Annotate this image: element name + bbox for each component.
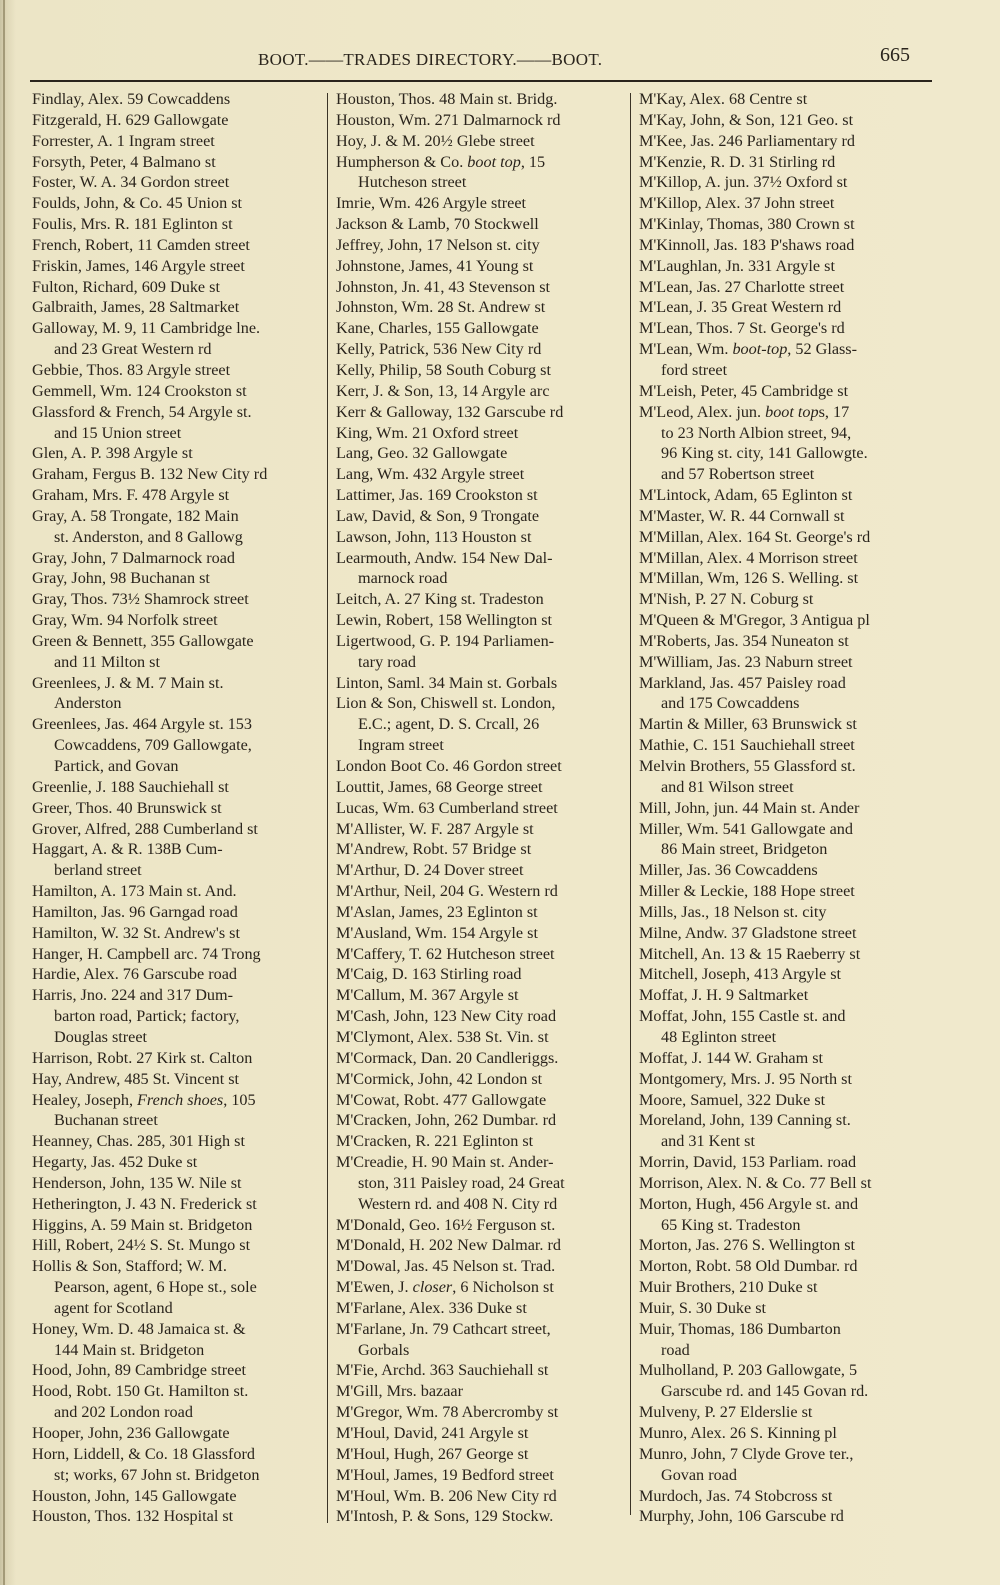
entry-name-line: Foulis, Mrs. R. 181 Eglinton st	[32, 215, 233, 233]
directory-entry: M'Cracken, R. 221 Eglinton st	[336, 1131, 626, 1152]
directory-entry: Mulholland, P. 203 Gallowgate, 5Garscube…	[639, 1360, 929, 1402]
entry-name-line: Gray, Wm. 94 Norfolk street	[32, 611, 218, 629]
entry-name-line: M'Gregor, Wm. 78 Abercromby st	[336, 1403, 558, 1421]
entry-continuation-line: and 57 Robertson street	[639, 464, 929, 485]
directory-entry: Mulveny, P. 27 Elderslie st	[639, 1402, 929, 1423]
directory-entry: M'William, Jas. 23 Naburn street	[639, 652, 929, 673]
entry-name-line: Heanney, Chas. 285, 301 High st	[32, 1132, 245, 1150]
directory-entry: French, Robert, 11 Camden street	[32, 235, 322, 256]
directory-entry: Mitchell, Joseph, 413 Argyle st	[639, 964, 929, 985]
entry-name-line: M'Donald, H. 202 New Dalmar. rd	[336, 1236, 561, 1254]
column-divider	[327, 93, 328, 1523]
directory-entry: Moffat, John, 155 Castle st. and48 Eglin…	[639, 1006, 929, 1048]
directory-entry: Galbraith, James, 28 Saltmarket	[32, 297, 322, 318]
entry-name-line: Kelly, Philip, 58 South Coburg st	[336, 361, 551, 379]
directory-entry: M'Houl, Hugh, 267 George st	[336, 1444, 626, 1465]
entry-name-line: French, Robert, 11 Camden street	[32, 236, 250, 254]
directory-entry: Moffat, J. H. 9 Saltmarket	[639, 985, 929, 1006]
entry-name-line: M'Dowal, Jas. 45 Nelson st. Trad.	[336, 1257, 555, 1275]
entry-name-line: M'Leod, Alex. jun. boot tops, 17	[639, 403, 849, 421]
directory-entry: M'Caig, D. 163 Stirling road	[336, 964, 626, 985]
entry-continuation-line: Cowcaddens, 709 Gallowgate,	[32, 735, 322, 756]
entry-continuation-line: Partick, and Govan	[32, 756, 322, 777]
entry-name-line: Hood, John, 89 Cambridge street	[32, 1361, 246, 1379]
entry-name-line: Muir Brothers, 210 Duke st	[639, 1278, 818, 1296]
directory-entry: Kelly, Patrick, 536 New City rd	[336, 339, 626, 360]
directory-entry: Learmouth, Andw. 154 New Dal-marnock roa…	[336, 548, 626, 590]
directory-entry: M'Kee, Jas. 246 Parliamentary rd	[639, 131, 929, 152]
entry-name-line: M'Kay, Alex. 68 Centre st	[639, 90, 807, 108]
directory-entry: M'Intosh, P. & Sons, 129 Stockw.	[336, 1506, 626, 1527]
entry-continuation-line: Ingram street	[336, 735, 626, 756]
entry-name-line: Johnston, Jn. 41, 43 Stevenson st	[336, 278, 550, 296]
directory-entry: Muir Brothers, 210 Duke st	[639, 1277, 929, 1298]
directory-entry: Gray, Thos. 73½ Shamrock street	[32, 589, 322, 610]
directory-entry: Hoy, J. & M. 20½ Glebe street	[336, 131, 626, 152]
entry-name-line: M'Kay, John, & Son, 121 Geo. st	[639, 111, 853, 129]
directory-entry: Foster, W. A. 34 Gordon street	[32, 172, 322, 193]
directory-entry: M'Millan, Wm, 126 S. Welling. st	[639, 568, 929, 589]
entry-continuation-line: marnock road	[336, 568, 626, 589]
directory-entry: Johnston, Wm. 28 St. Andrew st	[336, 297, 626, 318]
entry-name-line: M'Ewen, J. closer, 6 Nicholson st	[336, 1278, 554, 1296]
directory-entry: M'Donald, Geo. 16½ Ferguson st.	[336, 1215, 626, 1236]
entry-continuation-line: Govan road	[639, 1465, 929, 1486]
directory-entry: Hood, Robt. 150 Gt. Hamilton st.and 202 …	[32, 1381, 322, 1423]
directory-page: BOOT.——TRADES DIRECTORY.——BOOT. 665 Find…	[0, 0, 1000, 1585]
entry-name-line: Friskin, James, 146 Argyle street	[32, 257, 245, 275]
directory-entry: Green & Bennett, 355 Gallowgateand 11 Mi…	[32, 631, 322, 673]
directory-entry: M'Laughlan, Jn. 331 Argyle st	[639, 256, 929, 277]
directory-entry: Lattimer, Jas. 169 Crookston st	[336, 485, 626, 506]
entry-name-line: Hanger, H. Campbell arc. 74 Trong	[32, 945, 261, 963]
directory-entry: Foulis, Mrs. R. 181 Eglinton st	[32, 214, 322, 235]
directory-entry: Mills, Jas., 18 Nelson st. city	[639, 902, 929, 923]
entry-name-line: M'Laughlan, Jn. 331 Argyle st	[639, 257, 835, 275]
entry-name-line: Munro, John, 7 Clyde Grove ter.,	[639, 1445, 853, 1463]
entry-name-line: Gebbie, Thos. 83 Argyle street	[32, 361, 230, 379]
entry-continuation-line: barton road, Partick; factory,	[32, 1006, 322, 1027]
entry-name-line: Mills, Jas., 18 Nelson st. city	[639, 903, 827, 921]
directory-entry: Lion & Son, Chiswell st. London,E.C.; ag…	[336, 693, 626, 756]
entry-name-line: Law, David, & Son, 9 Trongate	[336, 507, 539, 525]
directory-entry: Graham, Fergus B. 132 New City rd	[32, 464, 322, 485]
directory-entry: Leitch, A. 27 King st. Tradeston	[336, 589, 626, 610]
directory-entry: Imrie, Wm. 426 Argyle street	[336, 193, 626, 214]
directory-entry: Johnston, Jn. 41, 43 Stevenson st	[336, 277, 626, 298]
directory-entry: Greenlees, Jas. 464 Argyle st. 153Cowcad…	[32, 714, 322, 777]
entry-continuation-line: ston, 311 Paisley road, 24 Great	[336, 1173, 626, 1194]
entry-name-line: Hood, Robt. 150 Gt. Hamilton st.	[32, 1382, 248, 1400]
directory-entry: Henderson, John, 135 W. Nile st	[32, 1173, 322, 1194]
directory-entry: Hamilton, W. 32 St. Andrew's st	[32, 923, 322, 944]
entry-name-line: Morrin, David, 153 Parliam. road	[639, 1153, 856, 1171]
entry-continuation-line: Hutcheson street	[336, 172, 626, 193]
entry-name-line: M'Lean, Thos. 7 St. George's rd	[639, 319, 845, 337]
directory-entry: Horn, Liddell, & Co. 18 Glassfordst; wor…	[32, 1444, 322, 1486]
entry-name-line: Harrison, Robt. 27 Kirk st. Calton	[32, 1049, 252, 1067]
entry-name-line: Gray, Thos. 73½ Shamrock street	[32, 590, 249, 608]
entry-name-line: M'Houl, James, 19 Bedford street	[336, 1466, 554, 1484]
entry-name-line: Mulveny, P. 27 Elderslie st	[639, 1403, 812, 1421]
entry-name-line: Kane, Charles, 155 Gallowgate	[336, 319, 539, 337]
directory-entry: Hay, Andrew, 485 St. Vincent st	[32, 1069, 322, 1090]
trade-description: boot-top	[732, 340, 787, 358]
entry-name-line: Honey, Wm. D. 48 Jamaica st. &	[32, 1320, 246, 1338]
directory-entry: Morton, Hugh, 456 Argyle st. and65 King …	[639, 1194, 929, 1236]
entry-name-line: Galbraith, James, 28 Saltmarket	[32, 298, 239, 316]
entry-name-line: M'Creadie, H. 90 Main st. Ander-	[336, 1153, 554, 1171]
entry-name-line: M'Kinlay, Thomas, 380 Crown st	[639, 215, 855, 233]
entry-name-line: Mathie, C. 151 Sauchiehall street	[639, 736, 855, 754]
entry-name-line: M'Cracken, R. 221 Eglinton st	[336, 1132, 533, 1150]
directory-columns: Findlay, Alex. 59 CowcaddensFitzgerald, …	[30, 89, 935, 1539]
entry-continuation-line: and 81 Wilson street	[639, 777, 929, 798]
entry-name-line: Leitch, A. 27 King st. Tradeston	[336, 590, 544, 608]
entry-name-line: M'Farlane, Alex. 336 Duke st	[336, 1299, 527, 1317]
directory-entry: M'Callum, M. 367 Argyle st	[336, 985, 626, 1006]
directory-entry: Fulton, Richard, 609 Duke st	[32, 277, 322, 298]
entry-name-line: M'Cowat, Robt. 477 Gallowgate	[336, 1091, 546, 1109]
directory-entry: Gemmell, Wm. 124 Crookston st	[32, 381, 322, 402]
directory-entry: Hooper, John, 236 Gallowgate	[32, 1423, 322, 1444]
directory-entry: M'Cormick, John, 42 London st	[336, 1069, 626, 1090]
entry-name-line: Lang, Wm. 432 Argyle street	[336, 465, 524, 483]
directory-entry: Kane, Charles, 155 Gallowgate	[336, 318, 626, 339]
entry-name-line: Gray, A. 58 Trongate, 182 Main	[32, 507, 239, 525]
directory-entry: Gray, John, 98 Buchanan st	[32, 568, 322, 589]
entry-continuation-line: Garscube rd. and 145 Govan rd.	[639, 1381, 929, 1402]
entry-name-line: Morton, Jas. 276 S. Wellington st	[639, 1236, 855, 1254]
directory-entry: Kerr, J. & Son, 13, 14 Argyle arc	[336, 381, 626, 402]
entry-name-line: Kerr & Galloway, 132 Garscube rd	[336, 403, 563, 421]
entry-name-line: M'Intosh, P. & Sons, 129 Stockw.	[336, 1507, 553, 1525]
entry-name-line: Ligertwood, G. P. 194 Parliamen-	[336, 632, 554, 650]
entry-name-line: Mitchell, Joseph, 413 Argyle st	[639, 965, 841, 983]
directory-entry: Mill, John, jun. 44 Main st. Ander	[639, 798, 929, 819]
directory-entry: M'Gill, Mrs. bazaar	[336, 1381, 626, 1402]
directory-entry: Johnstone, James, 41 Young st	[336, 256, 626, 277]
entry-name-line: Greenlees, J. & M. 7 Main st.	[32, 674, 224, 692]
entry-name-line: Jackson & Lamb, 70 Stockwell	[336, 215, 539, 233]
entry-continuation-line: tary road	[336, 652, 626, 673]
entry-name-line: Hetherington, J. 43 N. Frederick st	[32, 1195, 257, 1213]
directory-entry: Hill, Robert, 24½ S. St. Mungo st	[32, 1235, 322, 1256]
trade-description: closer	[413, 1278, 453, 1296]
directory-entry: King, Wm. 21 Oxford street	[336, 423, 626, 444]
entry-name-line: M'Queen & M'Gregor, 3 Antigua pl	[639, 611, 870, 629]
entry-continuation-line: 65 King st. Tradeston	[639, 1215, 929, 1236]
entry-name-line: Mill, John, jun. 44 Main st. Ander	[639, 799, 859, 817]
directory-entry: M'Arthur, Neil, 204 G. Western rd	[336, 881, 626, 902]
directory-entry: Hetherington, J. 43 N. Frederick st	[32, 1194, 322, 1215]
entry-name-line: Moffat, J. 144 W. Graham st	[639, 1049, 823, 1067]
entry-name-line: Miller, Jas. 36 Cowcaddens	[639, 861, 818, 879]
entry-name-line: Horn, Liddell, & Co. 18 Glassford	[32, 1445, 255, 1463]
directory-entry: M'Gregor, Wm. 78 Abercromby st	[336, 1402, 626, 1423]
directory-entry: Munro, John, 7 Clyde Grove ter.,Govan ro…	[639, 1444, 929, 1486]
entry-name-line: M'Callum, M. 367 Argyle st	[336, 986, 519, 1004]
entry-name-line: Moffat, John, 155 Castle st. and	[639, 1007, 846, 1025]
entry-name-line: Green & Bennett, 355 Gallowgate	[32, 632, 254, 650]
page-binding-edge	[3, 0, 5, 1585]
entry-name-line: Martin & Miller, 63 Brunswick st	[639, 715, 857, 733]
directory-entry: M'Houl, Wm. B. 206 New City rd	[336, 1486, 626, 1507]
directory-entry: Findlay, Alex. 59 Cowcaddens	[32, 89, 322, 110]
directory-entry: Kerr & Galloway, 132 Garscube rd	[336, 402, 626, 423]
entry-name-line: Hardie, Alex. 76 Garscube road	[32, 965, 237, 983]
entry-name-line: Haggart, A. & R. 138B Cum-	[32, 840, 223, 858]
entry-name-line: Harris, Jno. 224 and 317 Dum-	[32, 986, 233, 1004]
directory-entry: M'Donald, H. 202 New Dalmar. rd	[336, 1235, 626, 1256]
entry-name-line: Higgins, A. 59 Main st. Bridgeton	[32, 1216, 252, 1234]
entry-name-line: M'Clymont, Alex. 538 St. Vin. st	[336, 1028, 549, 1046]
column-divider	[630, 93, 631, 1515]
directory-entry: Graham, Mrs. F. 478 Argyle st	[32, 485, 322, 506]
entry-continuation-line: 144 Main st. Bridgeton	[32, 1340, 322, 1361]
entry-name-line: M'Millan, Wm, 126 S. Welling. st	[639, 569, 858, 587]
directory-entry: M'Houl, David, 241 Argyle st	[336, 1423, 626, 1444]
directory-entry: Heanney, Chas. 285, 301 High st	[32, 1131, 322, 1152]
entry-name-line: Lion & Son, Chiswell st. London,	[336, 694, 555, 712]
directory-entry: M'Houl, James, 19 Bedford street	[336, 1465, 626, 1486]
directory-entry: Hood, John, 89 Cambridge street	[32, 1360, 322, 1381]
entry-name-line: Houston, Thos. 132 Hospital st	[32, 1507, 233, 1525]
entry-name-line: London Boot Co. 46 Gordon street	[336, 757, 562, 775]
entry-name-line: Lewin, Robert, 158 Wellington st	[336, 611, 552, 629]
entry-name-line: Galloway, M. 9, 11 Cambridge lne.	[32, 319, 260, 337]
directory-entry: M'Farlane, Alex. 336 Duke st	[336, 1298, 626, 1319]
page-number: 665	[880, 44, 910, 67]
entry-name-line: Graham, Fergus B. 132 New City rd	[32, 465, 267, 483]
directory-entry: M'Creadie, H. 90 Main st. Ander-ston, 31…	[336, 1152, 626, 1215]
directory-entry: Gebbie, Thos. 83 Argyle street	[32, 360, 322, 381]
entry-name-line: Lawson, John, 113 Houston st	[336, 528, 531, 546]
entry-name-line: M'Kinnoll, Jas. 183 P'shaws road	[639, 236, 854, 254]
entry-name-line: Miller, Wm. 541 Gallowgate and	[639, 820, 853, 838]
entry-name-line: Mulholland, P. 203 Gallowgate, 5	[639, 1361, 857, 1379]
entry-name-line: Hill, Robert, 24½ S. St. Mungo st	[32, 1236, 250, 1254]
directory-entry: M'Clymont, Alex. 538 St. Vin. st	[336, 1027, 626, 1048]
directory-entry: Houston, Wm. 271 Dalmarnock rd	[336, 110, 626, 131]
directory-entry: Houston, John, 145 Gallowgate	[32, 1486, 322, 1507]
directory-entry: M'Fie, Archd. 363 Sauchiehall st	[336, 1360, 626, 1381]
entry-continuation-line: 96 King st. city, 141 Gallowgte.	[639, 443, 929, 464]
directory-entry: M'Farlane, Jn. 79 Cathcart street,Gorbal…	[336, 1319, 626, 1361]
directory-entry: Fitzgerald, H. 629 Gallowgate	[32, 110, 322, 131]
entry-name-line: M'Roberts, Jas. 354 Nuneaton st	[639, 632, 849, 650]
entry-name-line: M'Andrew, Robt. 57 Bridge st	[336, 840, 531, 858]
directory-entry: Louttit, James, 68 George street	[336, 777, 626, 798]
directory-entry: Grover, Alfred, 288 Cumberland st	[32, 819, 322, 840]
entry-name-line: Foulds, John, & Co. 45 Union st	[32, 194, 242, 212]
entry-continuation-line: and 175 Cowcaddens	[639, 693, 929, 714]
directory-entry: Miller, Jas. 36 Cowcaddens	[639, 860, 929, 881]
directory-entry: Hamilton, Jas. 96 Garngad road	[32, 902, 322, 923]
directory-entry: Glen, A. P. 398 Argyle st	[32, 443, 322, 464]
directory-entry: M'Lean, J. 35 Great Western rd	[639, 297, 929, 318]
directory-entry: Haggart, A. & R. 138B Cum-berland street	[32, 839, 322, 881]
entry-name-line: M'Donald, Geo. 16½ Ferguson st.	[336, 1216, 555, 1234]
entry-name-line: Murphy, John, 106 Garscube rd	[639, 1507, 844, 1525]
entry-name-line: M'Houl, Wm. B. 206 New City rd	[336, 1487, 557, 1505]
directory-entry: M'Allister, W. F. 287 Argyle st	[336, 819, 626, 840]
directory-entry: Harris, Jno. 224 and 317 Dum-barton road…	[32, 985, 322, 1048]
directory-entry: Lewin, Robert, 158 Wellington st	[336, 610, 626, 631]
entry-name-line: Forsyth, Peter, 4 Balmano st	[32, 153, 216, 171]
directory-entry: M'Kay, John, & Son, 121 Geo. st	[639, 110, 929, 131]
entry-name-line: M'Farlane, Jn. 79 Cathcart street,	[336, 1320, 551, 1338]
entry-name-line: Munro, Alex. 26 S. Kinning pl	[639, 1424, 837, 1442]
directory-entry: Forsyth, Peter, 4 Balmano st	[32, 152, 322, 173]
entry-name-line: M'Houl, David, 241 Argyle st	[336, 1424, 528, 1442]
directory-entry: Murphy, John, 106 Garscube rd	[639, 1506, 929, 1527]
entry-name-line: Montgomery, Mrs. J. 95 North st	[639, 1070, 852, 1088]
directory-entry: M'Kay, Alex. 68 Centre st	[639, 89, 929, 110]
entry-name-line: Greenlees, Jas. 464 Argyle st. 153	[32, 715, 252, 733]
directory-entry: Ligertwood, G. P. 194 Parliamen-tary roa…	[336, 631, 626, 673]
directory-entry: Mathie, C. 151 Sauchiehall street	[639, 735, 929, 756]
entry-name-line: Glassford & French, 54 Argyle st.	[32, 403, 252, 421]
directory-entry: M'Cowat, Robt. 477 Gallowgate	[336, 1090, 626, 1111]
directory-entry: M'Dowal, Jas. 45 Nelson st. Trad.	[336, 1256, 626, 1277]
entry-continuation-line: Buchanan street	[32, 1110, 322, 1131]
directory-entry: M'Cracken, John, 262 Dumbar. rd	[336, 1110, 626, 1131]
directory-entry: London Boot Co. 46 Gordon street	[336, 756, 626, 777]
directory-entry: Gray, Wm. 94 Norfolk street	[32, 610, 322, 631]
entry-name-line: M'Millan, Alex. 164 St. George's rd	[639, 528, 870, 546]
directory-entry: Lang, Wm. 432 Argyle street	[336, 464, 626, 485]
entry-continuation-line: Douglas street	[32, 1027, 322, 1048]
entry-name-line: Moore, Samuel, 322 Duke st	[639, 1091, 825, 1109]
entry-name-line: M'Aslan, James, 23 Eglinton st	[336, 903, 538, 921]
directory-entry: M'Killop, A. jun. 37½ Oxford st	[639, 172, 929, 193]
directory-entry: M'Leod, Alex. jun. boot tops, 17to 23 No…	[639, 402, 929, 485]
entry-name-line: Gemmell, Wm. 124 Crookston st	[32, 382, 247, 400]
entry-continuation-line: and 11 Milton st	[32, 652, 322, 673]
directory-entry: Lang, Geo. 32 Gallowgate	[336, 443, 626, 464]
entry-name-line: M'Caffery, T. 62 Hutcheson street	[336, 945, 555, 963]
entry-name-line: M'Cormack, Dan. 20 Candleriggs.	[336, 1049, 558, 1067]
entry-name-line: Mitchell, An. 13 & 15 Raeberry st	[639, 945, 860, 963]
entry-name-line: Graham, Mrs. F. 478 Argyle st	[32, 486, 229, 504]
entry-name-line: M'Kee, Jas. 246 Parliamentary rd	[639, 132, 855, 150]
directory-entry: Jeffrey, John, 17 Nelson st. city	[336, 235, 626, 256]
entry-name-line: Jeffrey, John, 17 Nelson st. city	[336, 236, 540, 254]
entry-continuation-line: Western rd. and 408 N. City rd	[336, 1194, 626, 1215]
directory-entry: Lawson, John, 113 Houston st	[336, 527, 626, 548]
directory-entry: M'Andrew, Robt. 57 Bridge st	[336, 839, 626, 860]
directory-entry: Friskin, James, 146 Argyle street	[32, 256, 322, 277]
directory-entry: Gray, John, 7 Dalmarnock road	[32, 548, 322, 569]
entry-name-line: M'Killop, Alex. 37 John street	[639, 194, 834, 212]
entry-name-line: Imrie, Wm. 426 Argyle street	[336, 194, 526, 212]
entry-name-line: Forrester, A. 1 Ingram street	[32, 132, 215, 150]
entry-name-line: Glen, A. P. 398 Argyle st	[32, 444, 193, 462]
entry-name-line: M'Arthur, D. 24 Dover street	[336, 861, 523, 879]
entry-continuation-line: berland street	[32, 860, 322, 881]
directory-entry: Glassford & French, 54 Argyle st.and 15 …	[32, 402, 322, 444]
directory-entry: Miller & Leckie, 188 Hope street	[639, 881, 929, 902]
entry-name-line: Humpherson & Co. boot top, 15	[336, 153, 545, 171]
entry-name-line: Hollis & Son, Stafford; W. M.	[32, 1257, 227, 1275]
directory-entry: Greer, Thos. 40 Brunswick st	[32, 798, 322, 819]
entry-name-line: Johnston, Wm. 28 St. Andrew st	[336, 298, 545, 316]
directory-entry: Linton, Saml. 34 Main st. Gorbals	[336, 673, 626, 694]
directory-entry: Kelly, Philip, 58 South Coburg st	[336, 360, 626, 381]
entry-name-line: M'Lintock, Adam, 65 Eglinton st	[639, 486, 852, 504]
directory-entry: Foulds, John, & Co. 45 Union st	[32, 193, 322, 214]
directory-entry: Jackson & Lamb, 70 Stockwell	[336, 214, 626, 235]
entry-name-line: M'Lean, Wm. boot-top, 52 Glass-	[639, 340, 857, 358]
directory-entry: Lucas, Wm. 63 Cumberland street	[336, 798, 626, 819]
directory-entry: Martin & Miller, 63 Brunswick st	[639, 714, 929, 735]
directory-entry: M'Ausland, Wm. 154 Argyle st	[336, 923, 626, 944]
entry-name-line: Louttit, James, 68 George street	[336, 778, 543, 796]
entry-name-line: Lattimer, Jas. 169 Crookston st	[336, 486, 538, 504]
entry-continuation-line: and 23 Great Western rd	[32, 339, 322, 360]
entry-name-line: Johnstone, James, 41 Young st	[336, 257, 533, 275]
entry-name-line: King, Wm. 21 Oxford street	[336, 424, 518, 442]
entry-name-line: M'Lean, Jas. 27 Charlotte street	[639, 278, 844, 296]
directory-entry: M'Nish, P. 27 N. Coburg st	[639, 589, 929, 610]
entry-name-line: Linton, Saml. 34 Main st. Gorbals	[336, 674, 557, 692]
directory-entry: M'Queen & M'Gregor, 3 Antigua pl	[639, 610, 929, 631]
entry-continuation-line: Pearson, agent, 6 Hope st., sole	[32, 1277, 322, 1298]
entry-name-line: Kerr, J. & Son, 13, 14 Argyle arc	[336, 382, 550, 400]
directory-entry: Muir, Thomas, 186 Dumbartonroad	[639, 1319, 929, 1361]
entry-name-line: M'Gill, Mrs. bazaar	[336, 1382, 463, 1400]
running-head: BOOT.——TRADES DIRECTORY.——BOOT.	[258, 50, 602, 70]
directory-entry: Houston, Thos. 132 Hospital st	[32, 1506, 322, 1527]
entry-continuation-line: st. Anderston, and 8 Gallowg	[32, 527, 322, 548]
entry-name-line: M'William, Jas. 23 Naburn street	[639, 653, 853, 671]
column-1: Findlay, Alex. 59 CowcaddensFitzgerald, …	[32, 89, 322, 1527]
entry-continuation-line: ford street	[639, 360, 929, 381]
entry-name-line: Kelly, Patrick, 536 New City rd	[336, 340, 541, 358]
entry-name-line: Greer, Thos. 40 Brunswick st	[32, 799, 222, 817]
entry-name-line: Muir, S. 30 Duke st	[639, 1299, 766, 1317]
entry-name-line: Lang, Geo. 32 Gallowgate	[336, 444, 507, 462]
directory-entry: Muir, S. 30 Duke st	[639, 1298, 929, 1319]
entry-name-line: Fitzgerald, H. 629 Gallowgate	[32, 111, 228, 129]
entry-name-line: Hamilton, W. 32 St. Andrew's st	[32, 924, 240, 942]
entry-continuation-line: Anderston	[32, 693, 322, 714]
entry-name-line: Muir, Thomas, 186 Dumbarton	[639, 1320, 841, 1338]
entry-name-line: Gray, John, 7 Dalmarnock road	[32, 549, 235, 567]
entry-name-line: M'Cormick, John, 42 London st	[336, 1070, 542, 1088]
directory-entry: Morrison, Alex. N. & Co. 77 Bell st	[639, 1173, 929, 1194]
directory-entry: Morton, Jas. 276 S. Wellington st	[639, 1235, 929, 1256]
entry-name-line: Grover, Alfred, 288 Cumberland st	[32, 820, 258, 838]
entry-name-line: Hamilton, Jas. 96 Garngad road	[32, 903, 238, 921]
entry-name-line: Greenlie, J. 188 Sauchiehall st	[32, 778, 229, 796]
entry-continuation-line: agent for Scotland	[32, 1298, 322, 1319]
directory-entry: M'Millan, Alex. 164 St. George's rd	[639, 527, 929, 548]
directory-entry: M'Killop, Alex. 37 John street	[639, 193, 929, 214]
trade-description: boot top	[467, 153, 521, 171]
entry-name-line: M'Cracken, John, 262 Dumbar. rd	[336, 1111, 556, 1129]
entry-name-line: M'Millan, Alex. 4 Morrison street	[639, 549, 858, 567]
directory-entry: Humpherson & Co. boot top, 15Hutcheson s…	[336, 152, 626, 194]
directory-entry: M'Millan, Alex. 4 Morrison street	[639, 548, 929, 569]
entry-name-line: Learmouth, Andw. 154 New Dal-	[336, 549, 553, 567]
directory-entry: M'Roberts, Jas. 354 Nuneaton st	[639, 631, 929, 652]
directory-entry: Hegarty, Jas. 452 Duke st	[32, 1152, 322, 1173]
directory-entry: Hardie, Alex. 76 Garscube road	[32, 964, 322, 985]
entry-name-line: Murdoch, Jas. 74 Stobcross st	[639, 1487, 832, 1505]
directory-entry: Law, David, & Son, 9 Trongate	[336, 506, 626, 527]
